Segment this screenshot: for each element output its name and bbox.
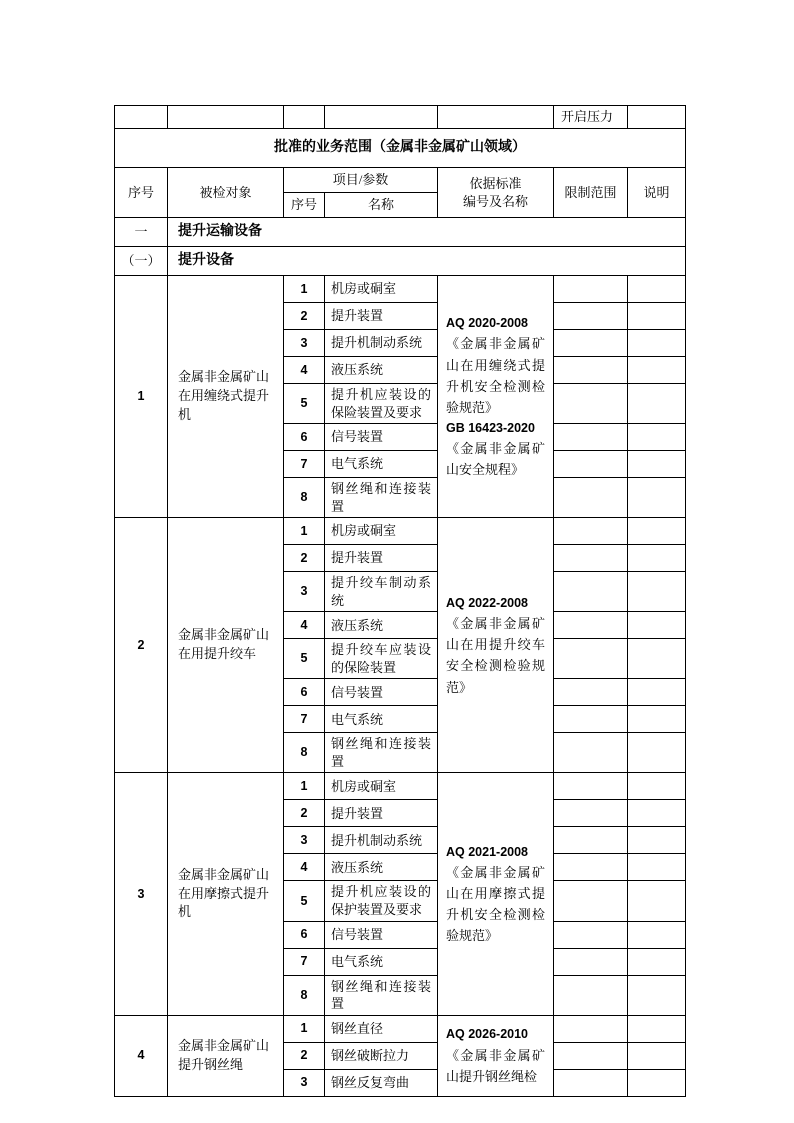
limit-cell — [554, 424, 628, 451]
header-project: 项目/参数 — [284, 168, 438, 193]
standard-name: 《金属非金属矿山在用摩擦式提升机安全检测检验规范》 — [446, 862, 545, 946]
standard-code: GB 16423-2020 — [446, 418, 545, 438]
note-cell — [628, 545, 686, 572]
item-name: 提升装置 — [325, 303, 438, 330]
limit-cell — [554, 975, 628, 1015]
item-name: 液压系统 — [325, 357, 438, 384]
item-number: 1 — [284, 276, 325, 303]
note-cell — [628, 1015, 686, 1042]
item-name: 钢丝绳和连接装置 — [325, 733, 438, 773]
limit-cell — [554, 357, 628, 384]
note-cell — [628, 612, 686, 639]
item-name: 钢丝绳和连接装置 — [325, 478, 438, 518]
note-cell — [628, 827, 686, 854]
note-cell — [628, 854, 686, 881]
item-name: 电气系统 — [325, 948, 438, 975]
item-number: 6 — [284, 424, 325, 451]
section-object: 金属非金属矿山在用摩擦式提升机 — [168, 773, 284, 1015]
item-name: 提升机应装设的保护装置及要求 — [325, 881, 438, 921]
section-serial: 1 — [115, 276, 168, 518]
limit-cell — [554, 1042, 628, 1069]
item-name: 机房或硐室 — [325, 773, 438, 800]
note-cell — [628, 424, 686, 451]
item-number: 3 — [284, 827, 325, 854]
item-number: 4 — [284, 854, 325, 881]
item-name: 机房或硐室 — [325, 518, 438, 545]
note-cell — [628, 679, 686, 706]
note-cell — [628, 357, 686, 384]
note-cell — [628, 478, 686, 518]
item-name: 提升装置 — [325, 800, 438, 827]
standard-code: AQ 2020-2008 — [446, 313, 545, 333]
note-cell — [628, 1042, 686, 1069]
header-object: 被检对象 — [168, 168, 284, 218]
note-cell — [628, 572, 686, 612]
carryover-limit-cell: 开启压力 — [554, 106, 628, 129]
item-number: 8 — [284, 975, 325, 1015]
item-number: 2 — [284, 1042, 325, 1069]
item-name: 液压系统 — [325, 612, 438, 639]
standard-cell: AQ 2020-2008《金属非金属矿山在用缠绕式提升机安全检测检验规范》GB … — [438, 276, 554, 518]
limit-cell — [554, 1069, 628, 1096]
item-number: 1 — [284, 1015, 325, 1042]
item-row: 3金属非金属矿山在用摩擦式提升机1机房或硐室AQ 2021-2008《金属非金属… — [115, 773, 686, 800]
item-row: 2金属非金属矿山在用提升绞车1机房或硐室AQ 2022-2008《金属非金属矿山… — [115, 518, 686, 545]
limit-cell — [554, 921, 628, 948]
header-serial: 序号 — [115, 168, 168, 218]
standard-name: 《金属非金属矿山在用缠绕式提升机安全检测检验规范》 — [446, 333, 545, 417]
item-number: 2 — [284, 800, 325, 827]
note-cell — [628, 303, 686, 330]
item-name: 钢丝绳和连接装置 — [325, 975, 438, 1015]
note-cell — [628, 773, 686, 800]
limit-cell — [554, 827, 628, 854]
section-object: 金属非金属矿山在用提升绞车 — [168, 518, 284, 773]
header-row-1: 序号 被检对象 项目/参数 依据标准 编号及名称 限制范围 说明 — [115, 168, 686, 193]
item-name: 信号装置 — [325, 921, 438, 948]
item-name: 钢丝直径 — [325, 1015, 438, 1042]
carryover-standard-cell — [438, 106, 554, 129]
standard-cell: AQ 2026-2010《金属非金属矿山提升钢丝绳检 — [438, 1015, 554, 1096]
section-serial: 2 — [115, 518, 168, 773]
item-name: 电气系统 — [325, 451, 438, 478]
note-cell — [628, 1069, 686, 1096]
category-label: 提升运输设备 — [168, 218, 686, 247]
note-cell — [628, 800, 686, 827]
item-name: 提升机制动系统 — [325, 827, 438, 854]
limit-cell — [554, 612, 628, 639]
item-name: 电气系统 — [325, 706, 438, 733]
item-number: 7 — [284, 948, 325, 975]
item-number: 4 — [284, 357, 325, 384]
category-row-transport: 一 提升运输设备 — [115, 218, 686, 247]
section-serial: 3 — [115, 773, 168, 1015]
approval-scope-table: 开启压力 批准的业务范围（金属非金属矿山领域） 序号 被检对象 项目/参数 依据… — [114, 105, 686, 1097]
note-cell — [628, 276, 686, 303]
item-name: 信号装置 — [325, 679, 438, 706]
limit-cell — [554, 478, 628, 518]
item-number: 7 — [284, 706, 325, 733]
header-note: 说明 — [628, 168, 686, 218]
item-row: 1金属非金属矿山在用缠绕式提升机1机房或硐室AQ 2020-2008《金属非金属… — [115, 276, 686, 303]
item-number: 3 — [284, 572, 325, 612]
item-number: 8 — [284, 733, 325, 773]
carryover-item-name-cell — [325, 106, 438, 129]
item-name: 液压系统 — [325, 854, 438, 881]
category-serial: 一 — [115, 218, 168, 247]
limit-cell — [554, 1015, 628, 1042]
note-cell — [628, 451, 686, 478]
limit-cell — [554, 545, 628, 572]
item-number: 3 — [284, 330, 325, 357]
item-number: 2 — [284, 303, 325, 330]
note-cell — [628, 706, 686, 733]
item-number: 5 — [284, 384, 325, 424]
limit-cell — [554, 639, 628, 679]
note-cell — [628, 921, 686, 948]
limit-cell — [554, 948, 628, 975]
limit-cell — [554, 384, 628, 424]
category-serial: （一） — [115, 247, 168, 276]
item-number: 4 — [284, 612, 325, 639]
carryover-object-cell — [168, 106, 284, 129]
category-row-hoisting: （一） 提升设备 — [115, 247, 686, 276]
item-name: 提升绞车制动系统 — [325, 572, 438, 612]
item-number: 7 — [284, 451, 325, 478]
category-label: 提升设备 — [168, 247, 686, 276]
limit-cell — [554, 679, 628, 706]
standard-code: AQ 2022-2008 — [446, 593, 545, 613]
item-name: 提升装置 — [325, 545, 438, 572]
standard-name: 《金属非金属矿山提升钢丝绳检 — [446, 1045, 545, 1087]
carryover-note-cell — [628, 106, 686, 129]
note-cell — [628, 639, 686, 679]
section-object: 金属非金属矿山在用缠绕式提升机 — [168, 276, 284, 518]
table-title: 批准的业务范围（金属非金属矿山领域） — [115, 129, 686, 168]
limit-cell — [554, 800, 628, 827]
item-number: 5 — [284, 881, 325, 921]
standard-code: AQ 2021-2008 — [446, 842, 545, 862]
limit-cell — [554, 773, 628, 800]
standard-code: AQ 2026-2010 — [446, 1024, 545, 1044]
item-number: 6 — [284, 679, 325, 706]
item-name: 信号装置 — [325, 424, 438, 451]
limit-cell — [554, 303, 628, 330]
note-cell — [628, 975, 686, 1015]
item-name: 提升绞车应装设的保险装置 — [325, 639, 438, 679]
item-number: 2 — [284, 545, 325, 572]
limit-cell — [554, 330, 628, 357]
limit-cell — [554, 854, 628, 881]
header-sub-serial: 序号 — [284, 193, 325, 218]
document-page: 开启压力 批准的业务范围（金属非金属矿山领域） 序号 被检对象 项目/参数 依据… — [0, 0, 794, 1123]
limit-cell — [554, 518, 628, 545]
item-number: 1 — [284, 518, 325, 545]
table-title-row: 批准的业务范围（金属非金属矿山领域） — [115, 129, 686, 168]
item-number: 1 — [284, 773, 325, 800]
item-number: 5 — [284, 639, 325, 679]
standard-name: 《金属非金属矿山安全规程》 — [446, 438, 545, 480]
item-number: 6 — [284, 921, 325, 948]
standard-name: 《金属非金属矿山在用提升绞车安全检测检验规范》 — [446, 613, 545, 697]
header-standard: 依据标准 编号及名称 — [438, 168, 554, 218]
note-cell — [628, 881, 686, 921]
note-cell — [628, 518, 686, 545]
standard-cell: AQ 2021-2008《金属非金属矿山在用摩擦式提升机安全检测检验规范》 — [438, 773, 554, 1015]
limit-cell — [554, 733, 628, 773]
carryover-serial-cell — [115, 106, 168, 129]
limit-cell — [554, 881, 628, 921]
item-name: 提升机应装设的保险装置及要求 — [325, 384, 438, 424]
note-cell — [628, 330, 686, 357]
item-row: 4金属非金属矿山提升钢丝绳1钢丝直径AQ 2026-2010《金属非金属矿山提升… — [115, 1015, 686, 1042]
item-name: 钢丝反复弯曲 — [325, 1069, 438, 1096]
limit-cell — [554, 451, 628, 478]
limit-cell — [554, 572, 628, 612]
limit-cell — [554, 276, 628, 303]
carryover-row: 开启压力 — [115, 106, 686, 129]
item-number: 3 — [284, 1069, 325, 1096]
item-name: 钢丝破断拉力 — [325, 1042, 438, 1069]
note-cell — [628, 384, 686, 424]
carryover-item-no-cell — [284, 106, 325, 129]
item-name: 提升机制动系统 — [325, 330, 438, 357]
limit-cell — [554, 706, 628, 733]
section-object: 金属非金属矿山提升钢丝绳 — [168, 1015, 284, 1096]
standard-cell: AQ 2022-2008《金属非金属矿山在用提升绞车安全检测检验规范》 — [438, 518, 554, 773]
section-serial: 4 — [115, 1015, 168, 1096]
item-name: 机房或硐室 — [325, 276, 438, 303]
note-cell — [628, 948, 686, 975]
header-limit: 限制范围 — [554, 168, 628, 218]
header-sub-name: 名称 — [325, 193, 438, 218]
note-cell — [628, 733, 686, 773]
item-number: 8 — [284, 478, 325, 518]
